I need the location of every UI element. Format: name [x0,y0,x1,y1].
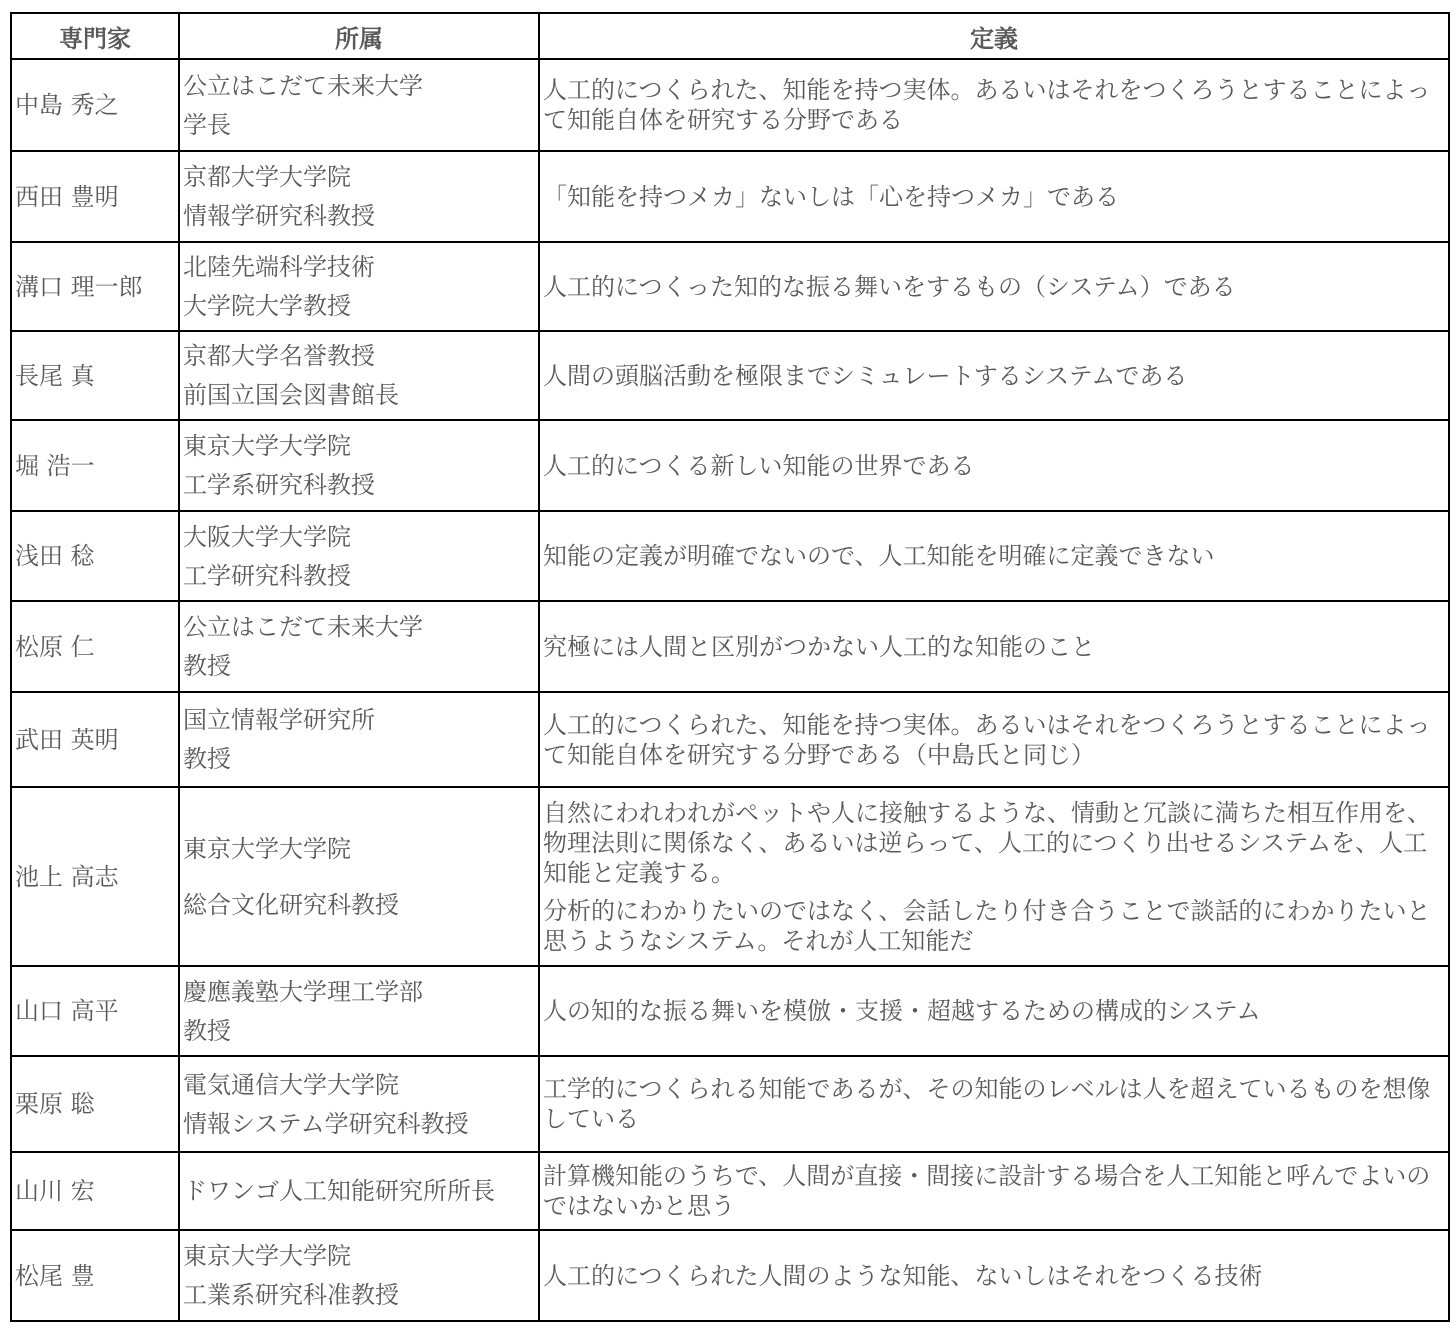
expert-cell: 松原 仁 [11,601,179,692]
definition-cell: 人工的につくられた人間のような知能、ないしはそれをつくる技術 [539,1230,1449,1321]
affiliation-line: 公立はこだて未来大学 [183,71,535,101]
definition-paragraph: 人間の頭脳活動を極限までシミュレートするシステムである [543,361,1445,391]
affiliation-line: 東京大学大学院 [183,834,535,864]
definition-cell: 人工的につくる新しい知能の世界である [539,420,1449,511]
table-row: 山川 宏ドワンゴ人工知能研究所所長計算機知能のうちで、人間が直接・間接に設計する… [11,1152,1449,1230]
definition-cell: 人工的につくられた、知能を持つ実体。あるいはそれをつくろうとすることによって知能… [539,59,1449,151]
affiliation-line: 学長 [183,110,535,140]
table-row: 山口 高平慶應義塾大学理工学部教授人の知的な振る舞いを模倣・支援・超越するための… [11,966,1449,1056]
definition-cell: 知能の定義が明確でないので、人工知能を明確に定義できない [539,511,1449,601]
column-header-expert: 専門家 [11,13,179,59]
expert-cell: 堀 浩一 [11,420,179,511]
definition-cell: 人工的につくった知的な振る舞いをするもの（システム）である [539,242,1449,331]
affiliation-cell: 東京大学大学院工業系研究科准教授 [179,1230,539,1321]
affiliation-cell: 公立はこだて未来大学教授 [179,601,539,692]
affiliation-line: 教授 [183,1016,535,1046]
table-row: 西田 豊明京都大学大学院情報学研究科教授「知能を持つメカ」ないしは「心を持つメカ… [11,151,1449,242]
definition-cell: 「知能を持つメカ」ないしは「心を持つメカ」である [539,151,1449,242]
definition-paragraph: 人工的につくられた、知能を持つ実体。あるいはそれをつくろうとすることによって知能… [543,75,1445,135]
affiliation-line: 東京大学大学院 [183,1241,535,1271]
expert-cell: 山口 高平 [11,966,179,1056]
table-row: 松尾 豊東京大学大学院工業系研究科准教授人工的につくられた人間のような知能、ない… [11,1230,1449,1321]
table-row: 溝口 理一郎北陸先端科学技術大学院大学教授人工的につくった知的な振る舞いをするも… [11,242,1449,331]
definition-cell: 人工的につくられた、知能を持つ実体。あるいはそれをつくろうとすることによって知能… [539,692,1449,787]
definition-cell: 工学的につくられる知能であるが、その知能のレベルは人を超えているものを想像してい… [539,1056,1449,1152]
table-row: 堀 浩一東京大学大学院工学系研究科教授人工的につくる新しい知能の世界である [11,420,1449,511]
definition-paragraph: 人工的につくられた人間のような知能、ないしはそれをつくる技術 [543,1261,1445,1291]
affiliation-line: 工学研究科教授 [183,561,535,591]
expert-cell: 山川 宏 [11,1152,179,1230]
affiliation-cell: 北陸先端科学技術大学院大学教授 [179,242,539,331]
affiliation-line: 教授 [183,651,535,681]
affiliation-line: 工業系研究科准教授 [183,1280,535,1310]
expert-name: 栗原 聡 [15,1089,175,1119]
affiliation-line: 京都大学大学院 [183,162,535,192]
affiliation-cell: 大阪大学大学院工学研究科教授 [179,511,539,601]
table-body: 中島 秀之公立はこだて未来大学学長人工的につくられた、知能を持つ実体。あるいはそ… [11,59,1449,1321]
expert-cell: 浅田 稔 [11,511,179,601]
affiliation-line: 大阪大学大学院 [183,522,535,552]
affiliation-line: 情報学研究科教授 [183,201,535,231]
table-row: 池上 高志東京大学大学院総合文化研究科教授自然にわれわれがペットや人に接触するよ… [11,787,1449,966]
header-row: 専門家所属定義 [11,13,1449,59]
affiliation-cell: 公立はこだて未来大学学長 [179,59,539,151]
definition-paragraph: 自然にわれわれがペットや人に接触するような、情動と冗談に満ちた相互作用を、物理法… [543,798,1445,888]
expert-cell: 栗原 聡 [11,1056,179,1152]
affiliation-line: 工学系研究科教授 [183,470,535,500]
table-row: 中島 秀之公立はこだて未来大学学長人工的につくられた、知能を持つ実体。あるいはそ… [11,59,1449,151]
expert-name: 西田 豊明 [15,182,175,212]
expert-cell: 池上 高志 [11,787,179,966]
affiliation-line: 京都大学名誉教授 [183,341,535,371]
definition-paragraph: 人の知的な振る舞いを模倣・支援・超越するための構成的システム [543,996,1445,1026]
expert-name: 浅田 稔 [15,541,175,571]
affiliation-line: 教授 [183,744,535,774]
definition-paragraph: 計算機知能のうちで、人間が直接・間接に設計する場合を人工知能と呼んでよいのではな… [543,1161,1445,1221]
definition-paragraph: 人工的につくった知的な振る舞いをするもの（システム）である [543,272,1445,302]
definition-paragraph: 究極には人間と区別がつかない人工的な知能のこと [543,632,1445,662]
affiliation-line: 前国立国会図書館長 [183,380,535,410]
definition-cell: 計算機知能のうちで、人間が直接・間接に設計する場合を人工知能と呼んでよいのではな… [539,1152,1449,1230]
affiliation-line: 情報システム学研究科教授 [183,1109,535,1139]
expert-name: 松原 仁 [15,632,175,662]
column-header-definition: 定義 [539,13,1449,59]
affiliation-line: 大学院大学教授 [183,291,535,321]
expert-cell: 松尾 豊 [11,1230,179,1321]
affiliation-cell: 国立情報学研究所教授 [179,692,539,787]
definition-paragraph: 工学的につくられる知能であるが、その知能のレベルは人を超えているものを想像してい… [543,1074,1445,1134]
affiliation-line: 総合文化研究科教授 [183,890,535,920]
expert-cell: 長尾 真 [11,331,179,420]
affiliation-line: 公立はこだて未来大学 [183,612,535,642]
affiliation-line: 国立情報学研究所 [183,705,535,735]
expert-name: 堀 浩一 [15,451,175,481]
definition-cell: 自然にわれわれがペットや人に接触するような、情動と冗談に満ちた相互作用を、物理法… [539,787,1449,966]
definition-paragraph: 知能の定義が明確でないので、人工知能を明確に定義できない [543,541,1445,571]
affiliation-line: 慶應義塾大学理工学部 [183,977,535,1007]
expert-name: 池上 高志 [15,862,175,892]
expert-name: 長尾 真 [15,361,175,391]
table-row: 長尾 真京都大学名誉教授前国立国会図書館長人間の頭脳活動を極限までシミュレートす… [11,331,1449,420]
expert-name: 山川 宏 [15,1176,175,1206]
definition-cell: 人の知的な振る舞いを模倣・支援・超越するための構成的システム [539,966,1449,1056]
table-row: 武田 英明国立情報学研究所教授人工的につくられた、知能を持つ実体。あるいはそれを… [11,692,1449,787]
ai-definitions-table: 専門家所属定義 中島 秀之公立はこだて未来大学学長人工的につくられた、知能を持つ… [10,12,1450,1322]
definition-paragraph: 分析的にわかりたいのではなく、会話したり付き合うことで談話的にわかりたいと思うよ… [543,896,1445,956]
expert-name: 武田 英明 [15,725,175,755]
affiliation-cell: 京都大学大学院情報学研究科教授 [179,151,539,242]
definition-cell: 究極には人間と区別がつかない人工的な知能のこと [539,601,1449,692]
affiliation-cell: 東京大学大学院工学系研究科教授 [179,420,539,511]
affiliation-cell: 京都大学名誉教授前国立国会図書館長 [179,331,539,420]
definition-paragraph: 人工的につくる新しい知能の世界である [543,451,1445,481]
expert-cell: 武田 英明 [11,692,179,787]
affiliation-cell: 慶應義塾大学理工学部教授 [179,966,539,1056]
table-row: 松原 仁公立はこだて未来大学教授究極には人間と区別がつかない人工的な知能のこと [11,601,1449,692]
affiliation-line: 東京大学大学院 [183,431,535,461]
expert-cell: 中島 秀之 [11,59,179,151]
expert-cell: 西田 豊明 [11,151,179,242]
table-header: 専門家所属定義 [11,13,1449,59]
expert-name: 山口 高平 [15,996,175,1026]
affiliation-line: 電気通信大学大学院 [183,1070,535,1100]
affiliation-cell: 電気通信大学大学院情報システム学研究科教授 [179,1056,539,1152]
expert-name: 松尾 豊 [15,1261,175,1291]
table-row: 栗原 聡電気通信大学大学院情報システム学研究科教授工学的につくられる知能であるが… [11,1056,1449,1152]
expert-name: 中島 秀之 [15,90,175,120]
definition-paragraph: 「知能を持つメカ」ないしは「心を持つメカ」である [543,182,1445,212]
definition-cell: 人間の頭脳活動を極限までシミュレートするシステムである [539,331,1449,420]
affiliation-cell: ドワンゴ人工知能研究所所長 [179,1152,539,1230]
expert-name: 溝口 理一郎 [15,272,175,302]
affiliation-line: 北陸先端科学技術 [183,252,535,282]
definition-paragraph: 人工的につくられた、知能を持つ実体。あるいはそれをつくろうとすることによって知能… [543,710,1445,770]
expert-cell: 溝口 理一郎 [11,242,179,331]
table-row: 浅田 稔大阪大学大学院工学研究科教授知能の定義が明確でないので、人工知能を明確に… [11,511,1449,601]
column-header-affiliation: 所属 [179,13,539,59]
affiliation-cell: 東京大学大学院総合文化研究科教授 [179,787,539,966]
affiliation-line: ドワンゴ人工知能研究所所長 [183,1176,535,1206]
